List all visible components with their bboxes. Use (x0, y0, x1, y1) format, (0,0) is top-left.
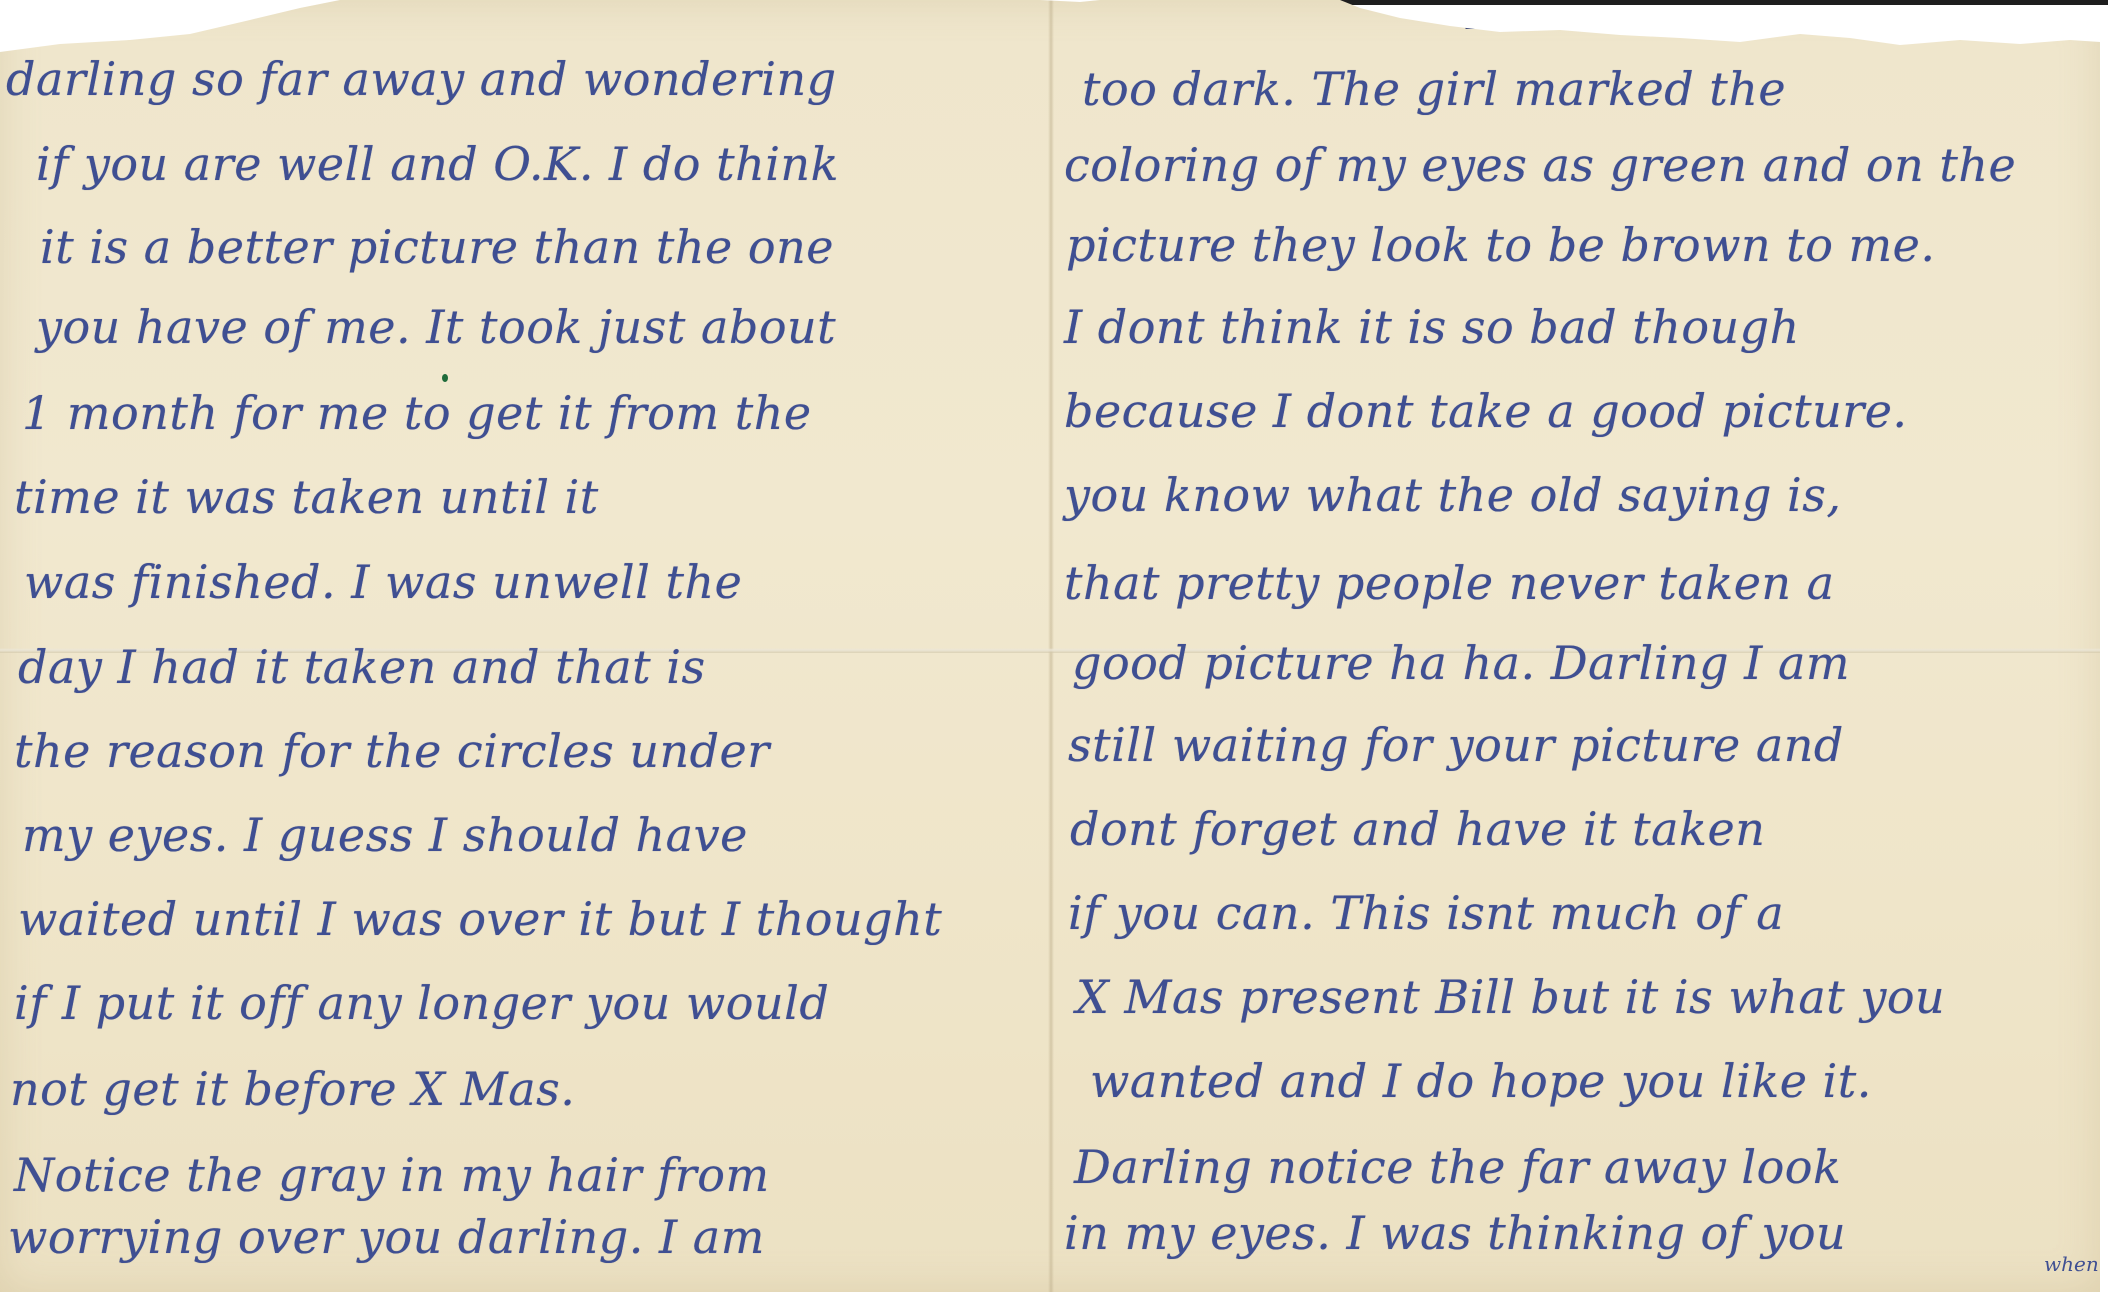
margin-note: when (2044, 1252, 2099, 1276)
letter-line: time it was taken until it (14, 470, 599, 524)
letter-line: you have of me. It took just about (36, 300, 836, 354)
letter-line: Darling notice the far away look (1074, 1140, 1841, 1194)
letter-scan: 1 darling so far away and wondering if y… (0, 0, 2108, 1311)
letter-line: still waiting for your picture and (1068, 718, 1844, 772)
letter-line: too dark. The girl marked the (1082, 62, 1786, 116)
letter-line: X Mas present Bill but it is what you (1076, 970, 1945, 1024)
letter-line: darling so far away and wondering (6, 52, 837, 106)
letter-page-left: 1 darling so far away and wondering if y… (0, 0, 1048, 1292)
letter-line: 1 month for me to get it from the (22, 386, 812, 440)
page-number: 1 (412, 0, 434, 26)
letter-line: I dont think it is so bad though (1064, 300, 1800, 354)
letter-line: because I dont take a good picture. (1064, 384, 1908, 438)
letter-line: worrying over you darling. I am (8, 1210, 765, 1264)
letter-line: in my eyes. I was thinking of you (1064, 1206, 1846, 1260)
letter-line: my eyes. I guess I should have (22, 808, 748, 862)
letter-line: if you are well and O.K. I do think (36, 137, 839, 191)
letter-line: was finished. I was unwell the (24, 555, 742, 609)
letter-line: picture they look to be brown to me. (1066, 218, 1936, 272)
letter-line: dont forget and have it taken (1070, 802, 1765, 856)
letter-line: coloring of my eyes as green and on the (1064, 138, 2016, 192)
letter-line: wanted and I do hope you like it. (1090, 1054, 1872, 1108)
letter-page-right: 2 too dark. The girl marked the coloring… (1054, 0, 2100, 1292)
letter-line: not get it before X Mas. (10, 1062, 575, 1116)
letter-line: waited until I was over it but I thought (18, 892, 942, 946)
letter-paper: 1 darling so far away and wondering if y… (0, 0, 2100, 1292)
letter-line: that pretty people never taken a (1064, 556, 1835, 610)
letter-line: it is a better picture than the one (40, 220, 834, 274)
letter-line: day I had it taken and that is (18, 640, 706, 694)
page-number: 2 (1464, 8, 1478, 34)
letter-line: if you can. This isnt much of a (1068, 886, 1784, 940)
letter-line: if I put it off any longer you would (14, 976, 829, 1030)
letter-line: you know what the old saying is, (1064, 468, 1841, 522)
letter-line: Notice the gray in my hair from (14, 1148, 770, 1202)
letter-line: the reason for the circles under (14, 724, 770, 778)
scanner-background-strip (1335, 0, 2108, 5)
letter-line: good picture ha ha. Darling I am (1072, 636, 1850, 690)
